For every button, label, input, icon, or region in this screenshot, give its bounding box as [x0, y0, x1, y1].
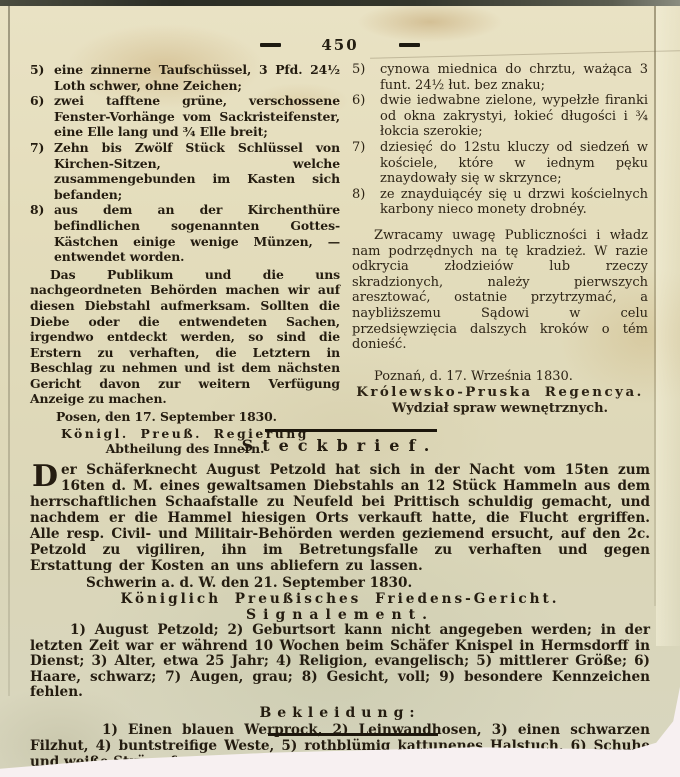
list-item-number: 7)	[352, 140, 380, 187]
list-item-number: 8)	[30, 202, 54, 264]
header-dash-right-icon	[399, 43, 420, 47]
drop-cap-initial: D	[30, 462, 61, 489]
signalement-body: 1) August Petzold; 2) Geburtsort kann ni…	[30, 623, 650, 701]
steckbrief-title: Steckbrief.	[30, 436, 650, 456]
list-item-number: 5)	[30, 62, 54, 93]
scanned-gazette-page: 450 5) eine zinnerne Taufschüssel, 3 Pfd…	[0, 0, 680, 777]
list-item-text: Zehn bis Zwölf Stück Schlüssel von Kirch…	[54, 140, 340, 202]
polish-dateline: Poznań, d. 17. Września 1830.	[352, 369, 648, 385]
list-item-text: eine zinnerne Taufschüssel, 3 Pfd. 24½ L…	[54, 62, 340, 93]
polish-signature-department: Wydział spraw wewnętrznych.	[352, 401, 648, 417]
polish-notice-paragraph: Zwracamy uwagę Publiczności i władz nam …	[352, 228, 648, 353]
list-item-text: aus dem an der Kirchenthüre befindlichen…	[54, 202, 340, 264]
list-item-text: dziesięć do 12stu kluczy od siedzeń w ko…	[380, 140, 648, 187]
list-item: 6) dwie iedwabne zielone, wypełzłe firan…	[352, 93, 648, 140]
german-column: 5) eine zinnerne Taufschüssel, 3 Pfd. 24…	[30, 62, 340, 457]
list-item: 8) ze znayduiącéy się u drzwi kościelnyc…	[352, 187, 648, 218]
signalement-title: Signalement.	[30, 607, 650, 623]
list-item: 5) eine zinnerne Taufschüssel, 3 Pfd. 24…	[30, 62, 340, 93]
steckbrief-dateline: Schwerin a. d. W. den 21. September 1830…	[30, 575, 650, 591]
header-dash-left-icon	[260, 43, 281, 47]
list-item-number: 8)	[352, 187, 380, 218]
list-item: 8) aus dem an der Kirchenthüre befindlic…	[30, 202, 340, 264]
steckbrief-body-text: er Schäferknecht August Petzold hat sich…	[30, 462, 650, 574]
steckbrief-section: Steckbrief. Der Schäferknecht August Pet…	[30, 436, 650, 770]
bottom-closing-rule	[268, 733, 438, 736]
scanner-edge-left	[8, 6, 10, 696]
list-item: 6) zwei tafftene grüne, verschossene Fen…	[30, 93, 340, 140]
list-item: 7) Zehn bis Zwölf Stück Schlüssel von Ki…	[30, 140, 340, 202]
polish-column: 5) cynowa miednica do chrztu, ważąca 3 f…	[352, 62, 648, 457]
paper-sheet: 450 5) eine zinnerne Taufschüssel, 3 Pfd…	[0, 6, 680, 771]
steckbrief-body: Der Schäferknecht August Petzold hat sic…	[30, 462, 650, 574]
list-item-text: ze znayduiącéy się u drzwi kościelnych k…	[380, 187, 648, 218]
list-item-number: 6)	[30, 93, 54, 140]
section-divider-rule	[265, 429, 437, 432]
list-item-text: dwie iedwabne zielone, wypełzłe firanki …	[380, 93, 648, 140]
list-item: 7) dziesięć do 12stu kluczy od siedzeń w…	[352, 140, 648, 187]
paper-fold-crease	[654, 6, 656, 606]
german-notice-paragraph: Das Publikum und die uns nachgeordneten …	[30, 267, 340, 407]
two-column-region: 5) eine zinnerne Taufschüssel, 3 Pfd. 24…	[30, 62, 648, 457]
bekleidung-title: Bekleidung:	[30, 705, 650, 721]
polish-signature-authority: Królewsko-Pruska Regencya.	[352, 385, 648, 401]
list-item-number: 6)	[352, 93, 380, 140]
paper-fold-strip	[656, 6, 680, 646]
steckbrief-court-signature: Königlich Preußisches Friedens-Gericht.	[30, 591, 650, 607]
list-item-number: 7)	[30, 140, 54, 202]
page-header: 450	[0, 36, 680, 54]
bekleidung-body: 1) Einen blauen Werprock, 2) Leinwandhos…	[30, 722, 650, 770]
list-item-text: zwei tafftene grüne, verschossene Fenste…	[54, 93, 340, 140]
page-number: 450	[321, 36, 358, 54]
list-item-text: cynowa miednica do chrztu, ważąca 3 funt…	[380, 62, 648, 93]
list-item: 5) cynowa miednica do chrztu, ważąca 3 f…	[352, 62, 648, 93]
scanner-edge-top	[0, 0, 680, 7]
list-item-number: 5)	[352, 62, 380, 93]
german-dateline: Posen, den 17. September 1830.	[30, 409, 340, 425]
